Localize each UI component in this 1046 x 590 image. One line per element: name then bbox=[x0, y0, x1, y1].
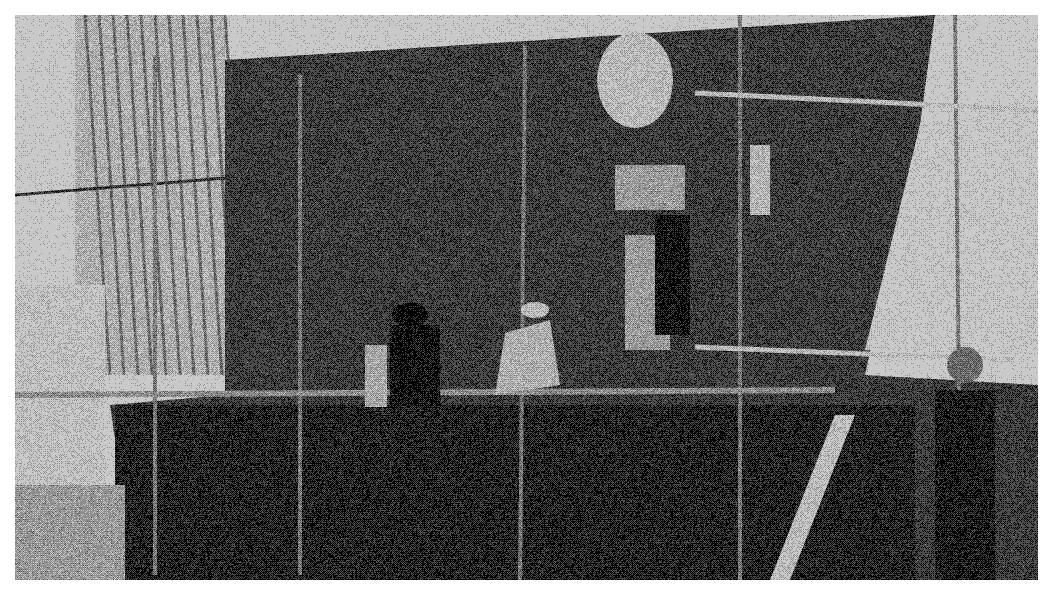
photo-frame: Dithered grayscale photograph of workers… bbox=[15, 15, 1038, 580]
shipyard-photo bbox=[15, 15, 1038, 580]
